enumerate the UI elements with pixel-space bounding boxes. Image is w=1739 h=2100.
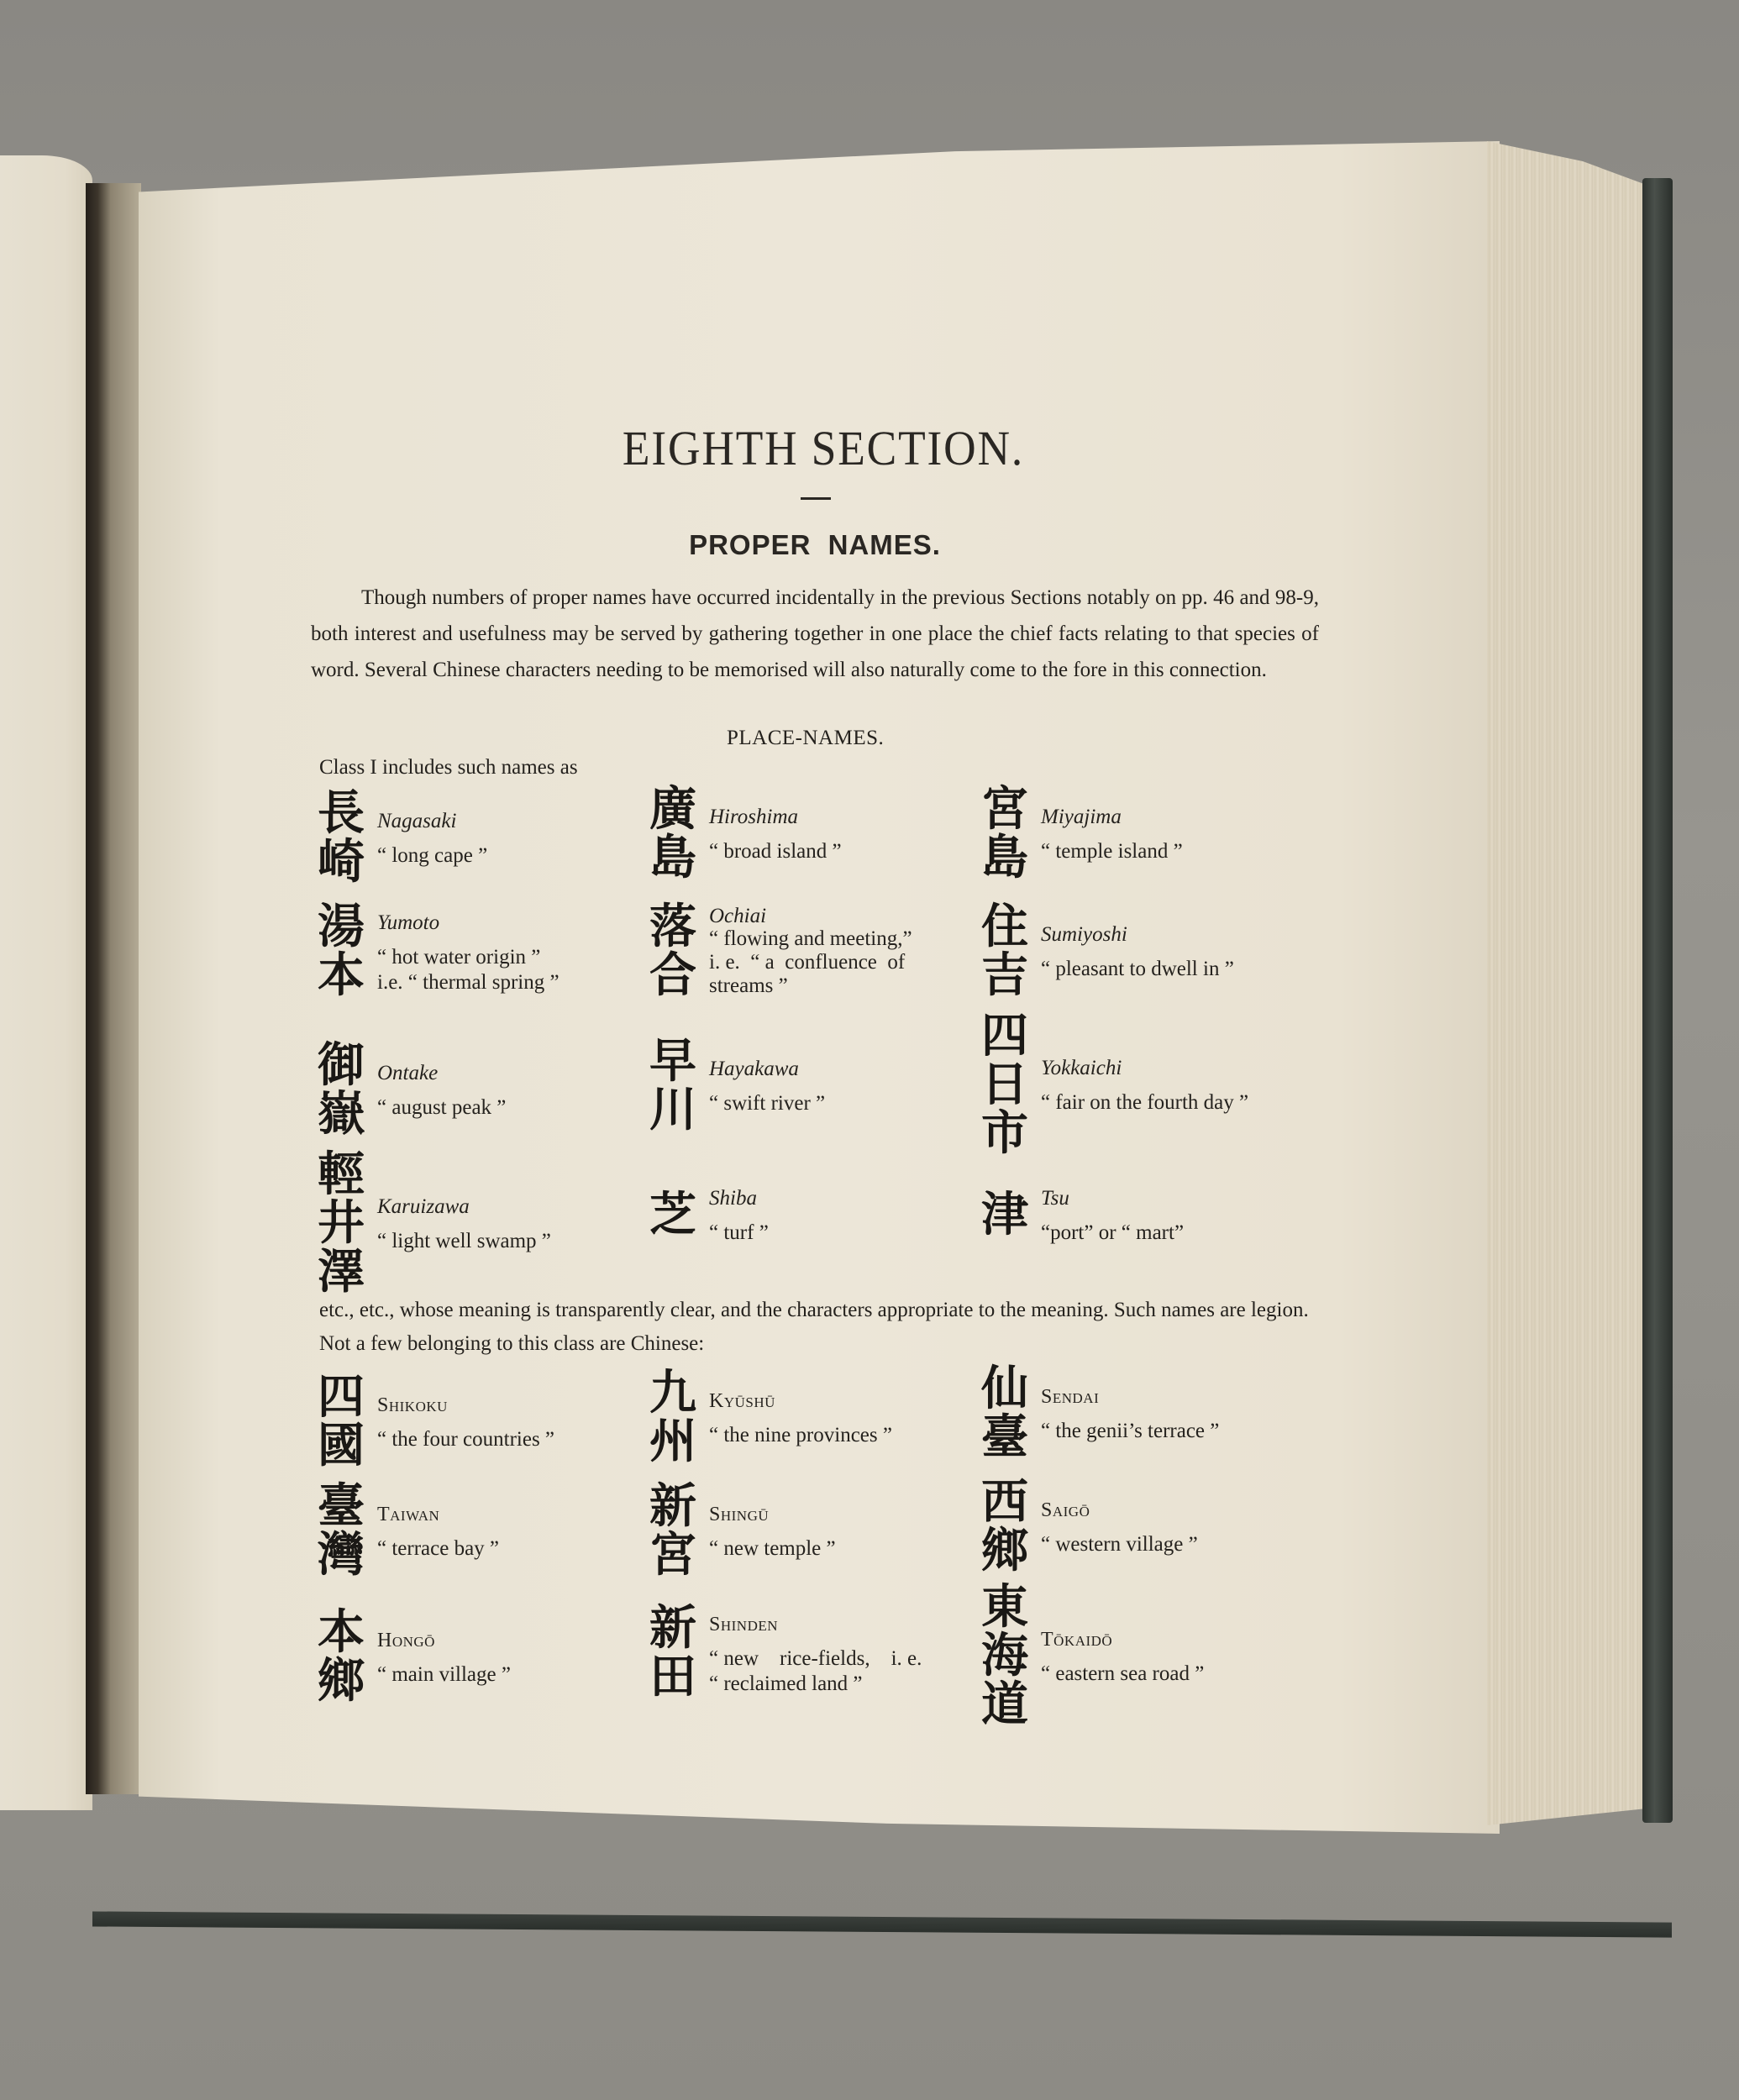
meaning: “ hot water origin ” <box>377 944 560 971</box>
name-entry-yokkaichi: 四 日 市 Yokkaichi “ fair on the fourth day… <box>979 1012 1248 1158</box>
meaning: “ fair on the fourth day ” <box>1041 1089 1248 1116</box>
meaning: “ western village ” <box>1041 1531 1198 1558</box>
meaning: “ new temple ” <box>709 1536 836 1562</box>
kanji-column: 長 崎 <box>315 790 367 887</box>
romaji: Hiroshima <box>709 803 842 832</box>
section-title: EIGHTH SECTION. <box>591 420 1055 476</box>
romaji: Nagasaki <box>377 807 487 836</box>
romaji: Sendai <box>1041 1383 1219 1411</box>
book-cover-edge <box>1642 178 1673 1823</box>
place-names-heading: PLACE-NAMES. <box>727 727 979 750</box>
kanji-column: 四 國 <box>315 1373 367 1471</box>
name-entry-hayakawa: 早 川 Hayakawa “ swift river ” <box>647 1037 825 1135</box>
meaning: “ pleasant to dwell in ” <box>1041 956 1234 983</box>
meaning: “ light well swamp ” <box>377 1228 551 1255</box>
romaji: Hayakawa <box>709 1055 825 1084</box>
name-entry-tokaido: 東 海 道 Tōkaidō “ eastern sea road ” <box>979 1583 1204 1730</box>
name-entry-hiroshima: 廣 島 Hiroshima “ broad island ” <box>647 785 842 883</box>
name-entry-shingu: 新 宮 Shingū “ new temple ” <box>647 1483 836 1580</box>
kanji-column: 芝 <box>647 1191 699 1240</box>
kanji-column: 新 宮 <box>647 1483 699 1580</box>
name-entry-yumoto: 湯 本 Yumoto “ hot water origin ” i.e. “ t… <box>315 903 560 1000</box>
kanji-column: 仙 臺 <box>979 1365 1031 1462</box>
romaji: Karuizawa <box>377 1193 551 1221</box>
romaji: Shikoku <box>377 1391 554 1420</box>
meaning: “ temple island ” <box>1041 838 1183 865</box>
meaning: “ august peak ” <box>377 1095 506 1121</box>
name-entry-ontake: 御 嶽 Ontake “ august peak ” <box>315 1042 506 1139</box>
meaning-line-3: streams ” <box>709 974 912 998</box>
name-entry-sendai: 仙 臺 Sendai “ the genii’s terrace ” <box>979 1365 1219 1462</box>
romaji: Ochiai <box>709 906 912 927</box>
page-fore-edge <box>1487 141 1647 1825</box>
romaji: Taiwan <box>377 1500 499 1529</box>
romaji: Ontake <box>377 1059 506 1088</box>
kanji-column: 早 川 <box>647 1037 699 1135</box>
kanji-column: 西 鄉 <box>979 1478 1031 1576</box>
name-entry-kyushu: 九 州 Kyūshū “ the nine provinces ” <box>647 1369 892 1467</box>
left-page-edge <box>0 155 92 1810</box>
meaning: “ main village ” <box>377 1662 511 1688</box>
name-entry-taiwan: 臺 灣 Taiwan “ terrace bay ” <box>315 1483 499 1580</box>
name-entry-ochiai: 落 合 Ochiai “ flowing and meeting,” i. e.… <box>647 903 912 1000</box>
name-entry-miyajima: 宮 島 Miyajima “ temple island ” <box>979 785 1183 883</box>
romaji: Yumoto <box>377 909 560 937</box>
romaji: Tōkaidō <box>1041 1625 1204 1654</box>
meaning-line-2: i.e. “ thermal spring ” <box>377 971 560 995</box>
meaning-line-2: “ reclaimed land ” <box>709 1672 922 1696</box>
kanji-column: 臺 灣 <box>315 1483 367 1580</box>
meaning: “ the four countries ” <box>377 1426 554 1453</box>
kanji-column: 御 嶽 <box>315 1042 367 1139</box>
name-entry-saigo: 西 鄉 Saigō “ western village ” <box>979 1478 1198 1576</box>
romaji: Shiba <box>709 1184 769 1213</box>
romaji: Yokkaichi <box>1041 1054 1248 1083</box>
name-entry-hongo: 本 鄉 Hongō “ main village ” <box>315 1609 511 1706</box>
romaji: Shinden <box>709 1610 922 1639</box>
meaning: “ swift river ” <box>709 1090 825 1117</box>
name-entry-shikoku: 四 國 Shikoku “ the four countries ” <box>315 1373 554 1471</box>
meaning: “ long cape ” <box>377 843 487 869</box>
kanji-column: 九 州 <box>647 1369 699 1467</box>
romaji: Saigō <box>1041 1496 1198 1525</box>
name-entry-shinden: 新 田 Shinden “ new rice-fields, i. e. “ r… <box>647 1604 922 1702</box>
meaning: “ flowing and meeting,” <box>709 927 912 951</box>
kanji-column: 廣 島 <box>647 785 699 883</box>
kanji-column: 新 田 <box>647 1604 699 1702</box>
intro-paragraph: Though numbers of proper names have occu… <box>311 580 1319 688</box>
romaji: Miyajima <box>1041 803 1183 832</box>
meaning: “ new rice-fields, i. e. <box>709 1646 922 1672</box>
name-entry-karuizawa: 輕 井 澤 Karuizawa “ light well swamp ” <box>315 1151 551 1297</box>
kanji-column: 本 鄉 <box>315 1609 367 1706</box>
meaning: “ the genii’s terrace ” <box>1041 1418 1219 1445</box>
class-intro: Class I includes such names as <box>319 756 578 780</box>
kanji-column: 四 日 市 <box>979 1012 1031 1158</box>
meaning-line-2: i. e. “ a confluence of <box>709 951 912 974</box>
subtitle: PROPER NAMES. <box>563 529 1067 561</box>
kanji-column: 湯 本 <box>315 903 367 1000</box>
romaji: Hongō <box>377 1626 511 1655</box>
name-entry-shiba: 芝 Shiba “ turf ” <box>647 1184 769 1247</box>
meaning: “ terrace bay ” <box>377 1536 499 1562</box>
name-entry-tsu: 津 Tsu “port” or “ mart” <box>979 1184 1184 1247</box>
kanji-column: 輕 井 澤 <box>315 1151 367 1297</box>
title-rule <box>801 497 831 500</box>
meaning: “ eastern sea road ” <box>1041 1661 1204 1688</box>
meaning: “ the nine provinces ” <box>709 1422 892 1449</box>
romaji: Kyūshū <box>709 1387 892 1415</box>
meaning: “port” or “ mart” <box>1041 1220 1184 1247</box>
book-gutter <box>86 183 141 1794</box>
romaji: Tsu <box>1041 1184 1184 1213</box>
meaning: “ turf ” <box>709 1220 769 1247</box>
romaji: Sumiyoshi <box>1041 921 1234 949</box>
name-entry-nagasaki: 長 崎 Nagasaki “ long cape ” <box>315 790 487 887</box>
name-entry-sumiyoshi: 住 吉 Sumiyoshi “ pleasant to dwell in ” <box>979 903 1234 1000</box>
kanji-column: 落 合 <box>647 903 699 1000</box>
kanji-column: 宮 島 <box>979 785 1031 883</box>
kanji-column: 住 吉 <box>979 903 1031 1000</box>
middle-paragraph: etc., etc., whose meaning is transparent… <box>319 1294 1319 1361</box>
romaji: Shingū <box>709 1500 836 1529</box>
kanji-column: 東 海 道 <box>979 1583 1031 1730</box>
kanji-column: 津 <box>979 1191 1031 1240</box>
meaning: “ broad island ” <box>709 838 842 865</box>
